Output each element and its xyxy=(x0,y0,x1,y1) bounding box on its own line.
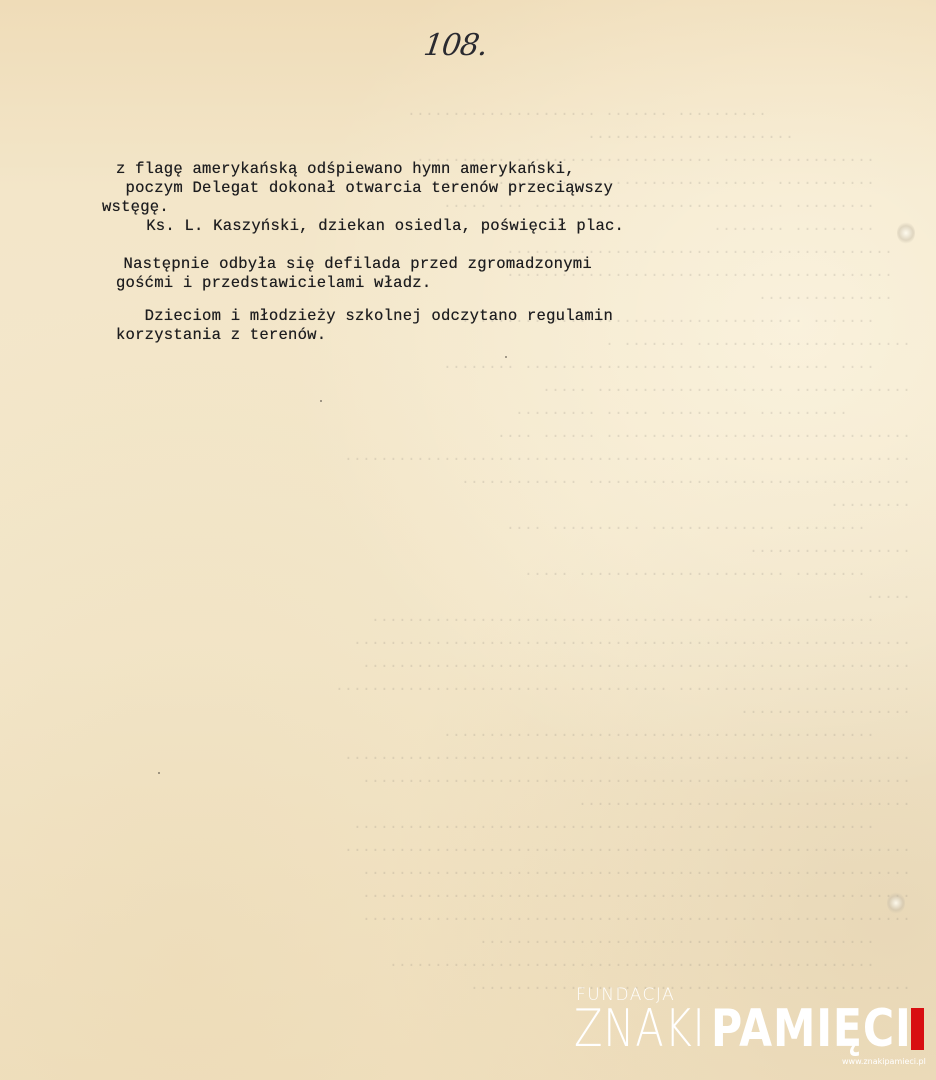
paper-speck xyxy=(158,772,160,774)
logo-red-bar xyxy=(911,1008,924,1050)
text-line: Następnie odbyła się defilada przed zgro… xyxy=(114,255,592,274)
handwritten-page-number: 108. xyxy=(422,28,490,63)
punch-hole-mark xyxy=(897,222,915,244)
logo-url-text: www.znakipamieci.pl xyxy=(842,1057,926,1066)
paper-speck xyxy=(505,356,507,358)
text-line: z flagę amerykańską odśpiewano hymn amer… xyxy=(116,160,613,179)
paragraph-blessing: Ks. L. Kaszyński, dziekan osiedla, poświ… xyxy=(108,217,624,236)
punch-hole-mark xyxy=(887,892,905,914)
text-line: korzystania z terenów. xyxy=(116,326,613,345)
logo-pamieci-text: PAMIĘCI xyxy=(711,1003,912,1055)
logo-znaki-text: ZNAKI xyxy=(574,1003,706,1055)
text-line: Ks. L. Kaszyński, dziekan osiedla, poświ… xyxy=(108,217,624,236)
text-line: wstęgę. xyxy=(102,198,613,217)
paragraph-parade: Następnie odbyła się defilada przed zgro… xyxy=(114,255,592,293)
foundation-watermark-logo: FUNDACJA ZNAKI PAMIĘCI www.znakipamieci.… xyxy=(574,985,936,1055)
text-line: gośćmi i przedstawicielami władz. xyxy=(116,274,592,293)
paragraph-flag-and-ribbon: z flagę amerykańską odśpiewano hymn amer… xyxy=(116,160,613,217)
text-line: Dzieciom i młodzieży szkolnej odczytano … xyxy=(116,307,613,326)
paper-speck xyxy=(320,400,322,402)
text-line: poczym Delegat dokonał otwarcia terenów … xyxy=(116,179,613,198)
paragraph-regulations: Dzieciom i młodzieży szkolnej odczytano … xyxy=(116,307,613,345)
